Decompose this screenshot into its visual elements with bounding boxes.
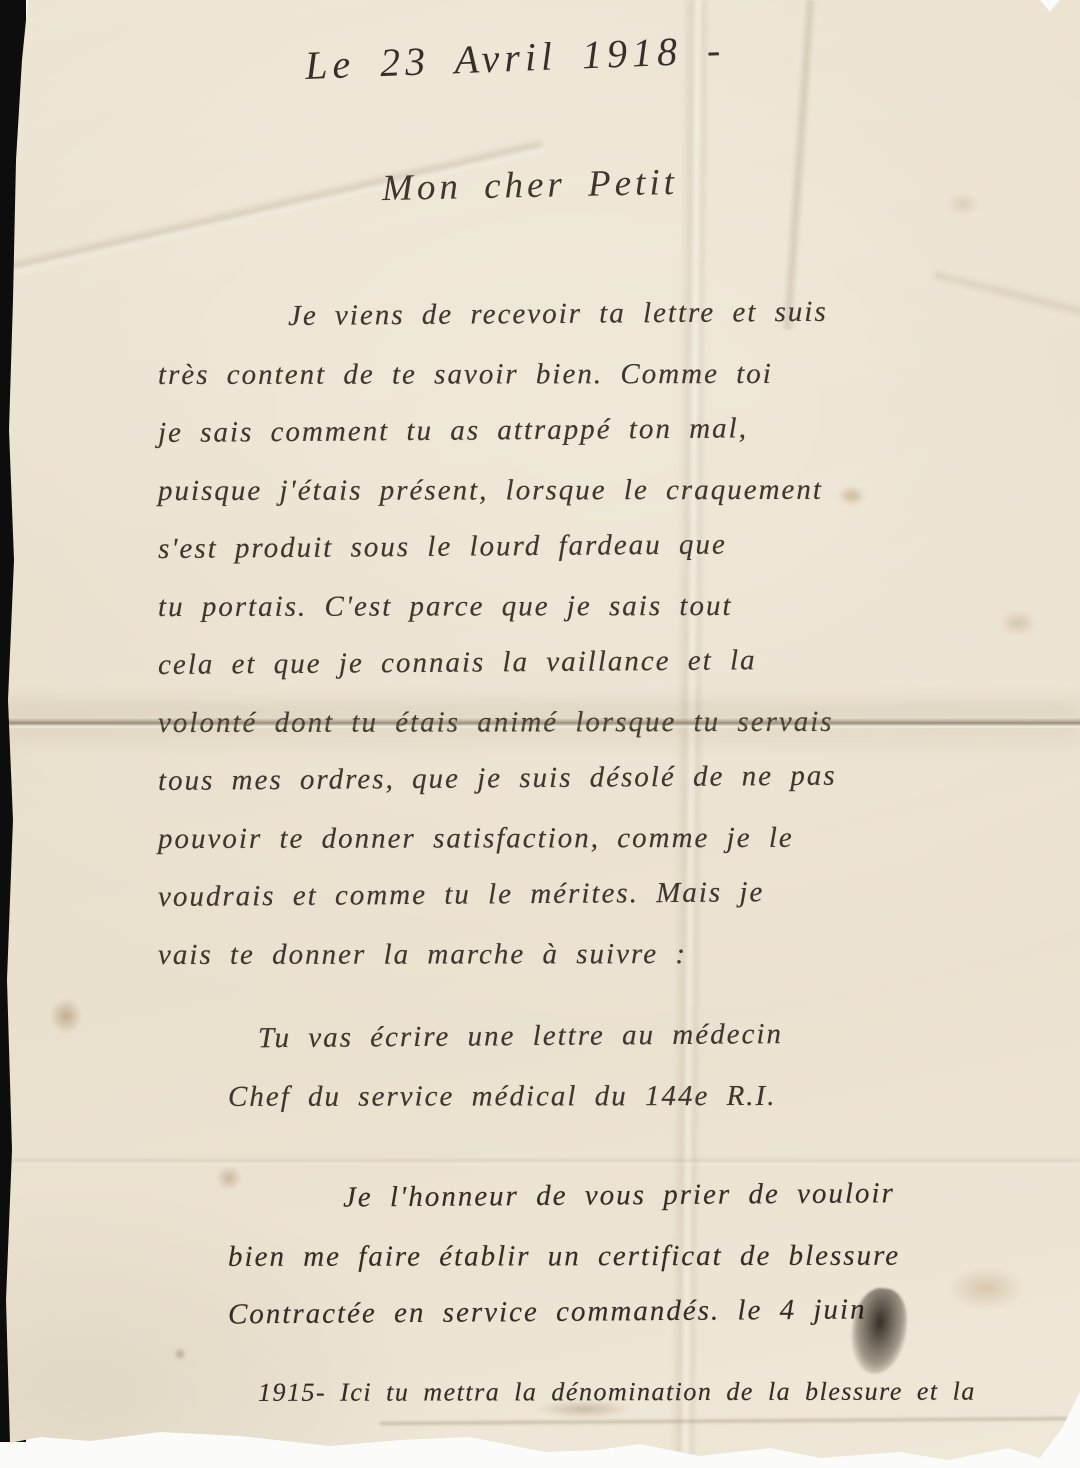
letter-line: volonté dont tu étais animé lorsque tu s… xyxy=(158,692,1060,752)
letter-line: vais te donner la marche à suivre : xyxy=(158,924,1060,984)
letter-line: tous mes ordres, que je suis désolé de n… xyxy=(158,745,1060,810)
letter-line: puisque j'étais présent, lorsque le craq… xyxy=(158,460,1060,520)
letter-line: pouvoir te donner satisfaction, comme je… xyxy=(158,808,1060,868)
scanned-letter: Le 23 Avril 1918 - Mon cher Petit Je vie… xyxy=(0,0,1080,1468)
letter-line: Contractée en service commandés. le 4 ju… xyxy=(158,1279,1060,1344)
letter-paper: Le 23 Avril 1918 - Mon cher Petit Je vie… xyxy=(0,0,1080,1468)
letter-line: s'est produit sous le lourd fardeau que xyxy=(158,513,1060,578)
handwriting-layer: Le 23 Avril 1918 - Mon cher Petit Je vie… xyxy=(0,0,1080,1468)
letter-line: tu portais. C'est parce que je sais tout xyxy=(158,576,1060,636)
letter-line: bien me faire établir un certificat de b… xyxy=(158,1226,1060,1286)
letter-line: Je l'honneur de vous prier de vouloir xyxy=(158,1163,1060,1228)
letter-line: Tu vas écrire une lettre au médecin xyxy=(158,1003,1060,1068)
letter-line: je sais comment tu as attrappé ton mal, xyxy=(158,397,1060,462)
letter-line: Je viens de recevoir ta lettre et suis xyxy=(158,281,1060,346)
letter-line: 1915- Ici tu mettra la dénomination de l… xyxy=(158,1362,1060,1422)
letter-line: cela et que je connais la vaillance et l… xyxy=(158,629,1060,694)
letter-line: voudrais et comme tu le mérites. Mais je xyxy=(158,861,1060,926)
letter-date: Le 23 Avril 1918 - xyxy=(304,26,726,89)
letter-line: Chef du service médical du 144e R.I. xyxy=(158,1066,1060,1126)
letter-salutation: Mon cher Petit xyxy=(382,161,679,210)
letter-line: très content de te savoir bien. Comme to… xyxy=(158,344,1060,404)
letter-body: Je viens de recevoir ta lettre et suistr… xyxy=(158,288,1060,1422)
